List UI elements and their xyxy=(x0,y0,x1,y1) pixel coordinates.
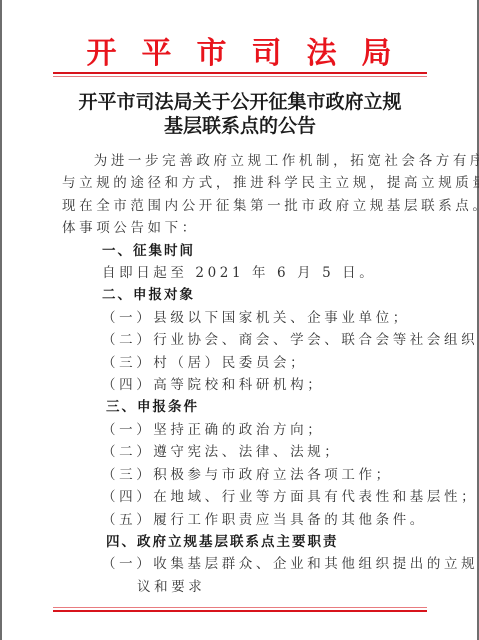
intro-line: 现在全市范围内公开征集第一批市政府立规基层联系点。具 xyxy=(62,195,418,217)
section-heading-collection-time: 一、征集时间 xyxy=(62,240,418,262)
footer-rule-thick xyxy=(53,610,427,612)
document-body: 为进一步完善政府立规工作机制，拓宽社会各方有序参 与立规的途径和方式，推进科学民… xyxy=(62,150,418,598)
list-item: （四）高等院校和科研机构； xyxy=(62,374,418,396)
section-text: 自即日起至 2021 年 6 月 5 日。 xyxy=(62,262,418,284)
section-heading-applicants: 二、申报对象 xyxy=(62,284,418,306)
section-heading-conditions: 三、申报条件 xyxy=(62,396,418,418)
list-item: （一）收集基层群众、企业和其他组织提出的立规建 xyxy=(62,553,418,575)
footer-rule-thin xyxy=(53,607,427,608)
list-item: （四）在地域、行业等方面具有代表性和基层性； xyxy=(62,486,418,508)
document-title-line-2: 基层联系点的公告 xyxy=(40,114,440,138)
intro-paragraph: 为进一步完善政府立规工作机制，拓宽社会各方有序参 与立规的途径和方式，推进科学民… xyxy=(62,150,418,240)
list-item: （一）县级以下国家机关、企事业单位； xyxy=(62,307,418,329)
list-item: （一）坚持正确的政治方向； xyxy=(62,419,418,441)
list-item: （五）履行工作职责应当具备的其他条件。 xyxy=(62,509,418,531)
list-item: （二）行业协会、商会、学会、联合会等社会组织； xyxy=(62,329,418,351)
intro-line: 为进一步完善政府立规工作机制，拓宽社会各方有序参 xyxy=(62,150,418,172)
section-heading-duties: 四、政府立规基层联系点主要职责 xyxy=(62,531,418,553)
list-item: （二）遵守宪法、法律、法规； xyxy=(62,441,418,463)
intro-line: 与立规的途径和方式，推进科学民主立规，提高立规质量， xyxy=(62,172,418,194)
list-item-continuation: 议和要求 xyxy=(62,576,418,598)
list-item: （三）村（居）民委员会； xyxy=(62,352,418,374)
document-title-line-1: 开平市司法局关于公开征集市政府立规 xyxy=(40,90,440,114)
masthead-org-name: 开平市司法局 xyxy=(52,34,426,74)
masthead-rule-thick xyxy=(53,72,427,74)
document-title: 开平市司法局关于公开征集市政府立规 基层联系点的公告 xyxy=(40,90,440,138)
masthead-rule-thin xyxy=(53,76,427,77)
intro-line: 体事项公告如下： xyxy=(62,217,418,239)
page-border-left xyxy=(0,0,2,640)
list-item: （三）积极参与市政府立法各项工作； xyxy=(62,464,418,486)
